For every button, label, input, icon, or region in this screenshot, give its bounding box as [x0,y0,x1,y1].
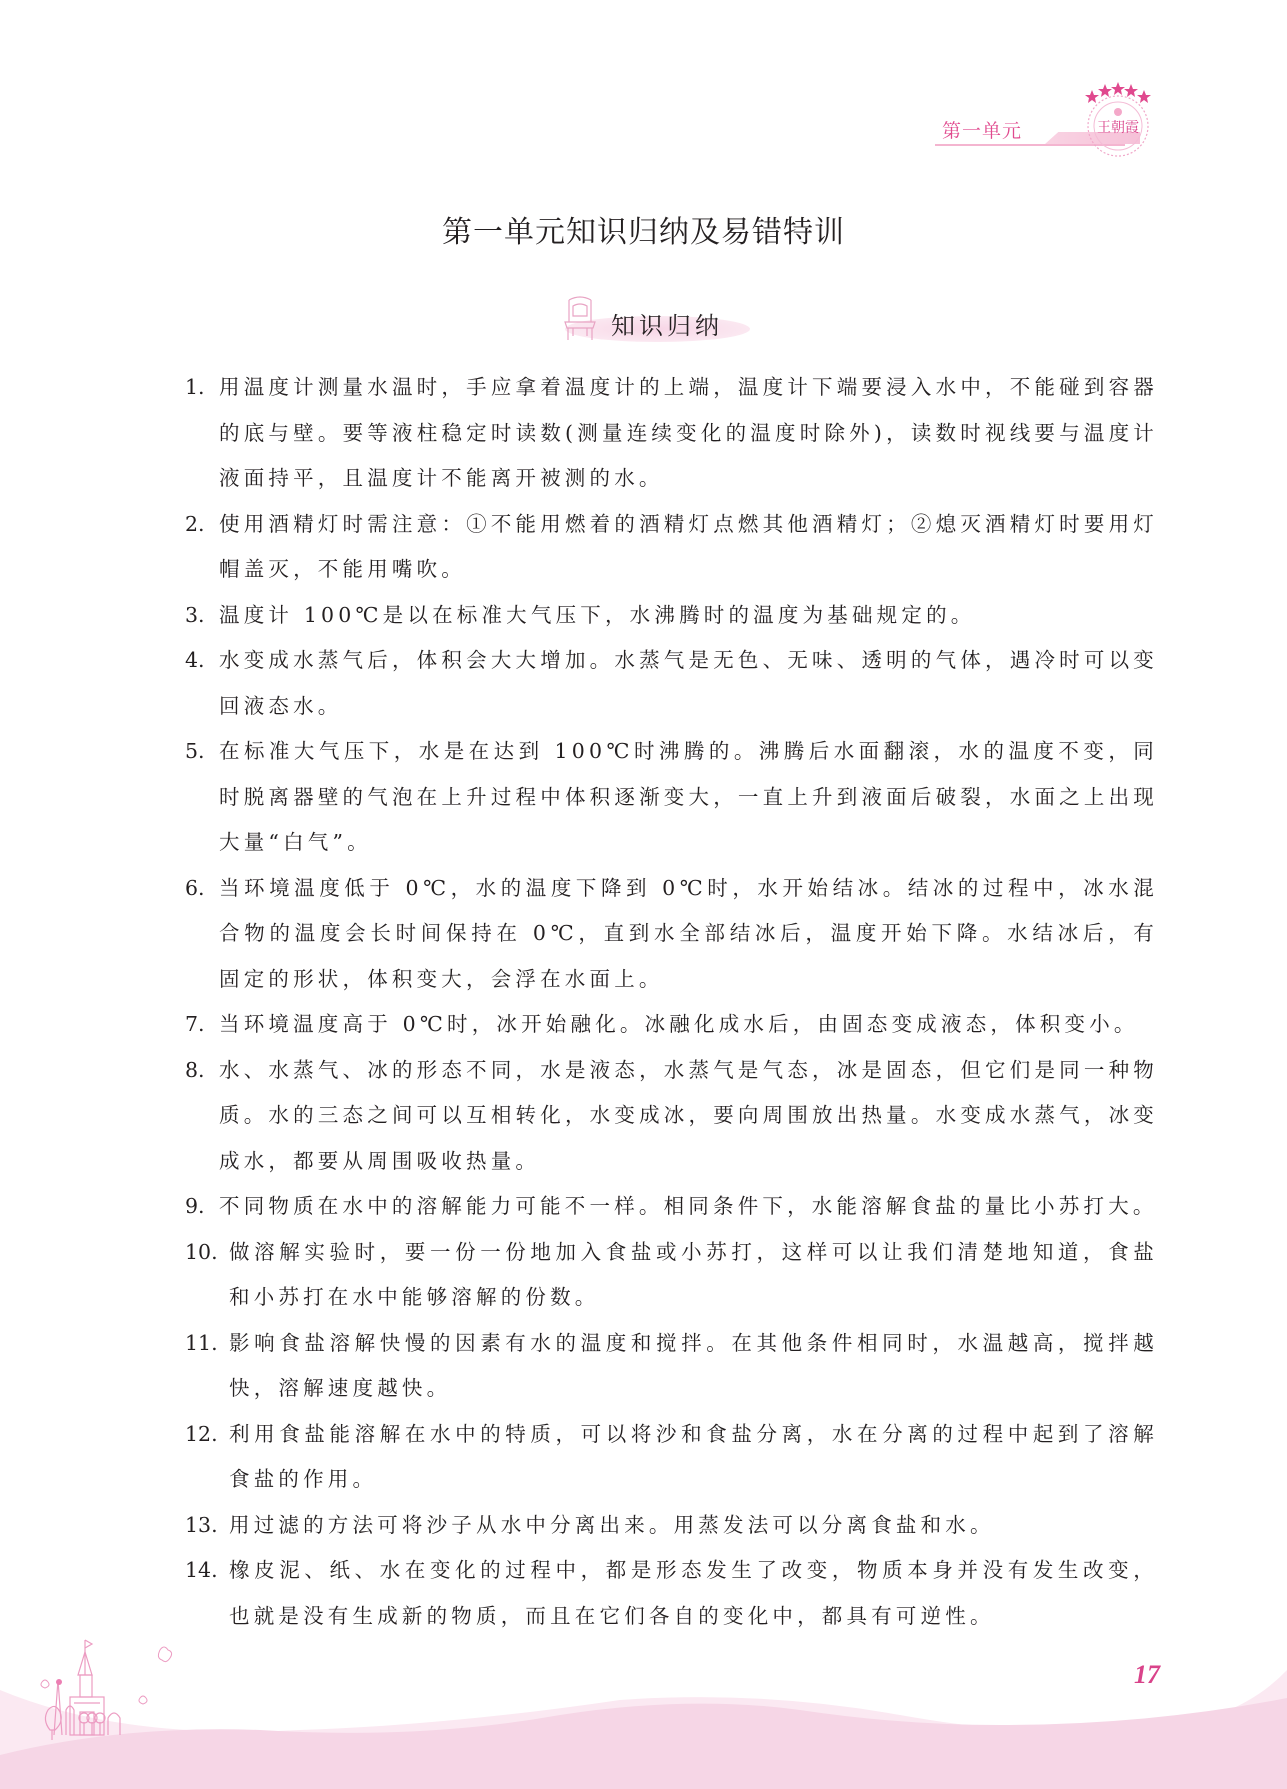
item-text: 在标准大气压下，水是在达到 100℃时沸腾的。沸腾后水面翻滚，水的温度不变，同时… [185,729,1158,866]
item-number: 4. [185,638,205,684]
knowledge-list: 1. 用温度计测量水温时，手应拿着温度计的上端，温度计下端要浸入水中，不能碰到容… [185,365,1158,1639]
list-item: 8. 水、水蒸气、冰的形态不同，水是液态，水蒸气是气态，冰是固态，但它们是同一种… [185,1048,1158,1185]
item-number: 14. [185,1548,218,1594]
item-text: 用温度计测量水温时，手应拿着温度计的上端，温度计下端要浸入水中，不能碰到容器的底… [185,365,1158,502]
list-item: 14. 橡皮泥、纸、水在变化的过程中，都是形态发生了改变，物质本身并没有发生改变… [185,1548,1158,1639]
list-item: 6. 当环境温度低于 0℃，水的温度下降到 0℃时，水开始结冰。结冰的过程中，冰… [185,866,1158,1003]
svg-text:王朝霞: 王朝霞 [1097,119,1139,136]
item-text: 做溶解实验时，要一份一份地加入食盐或小苏打，这样可以让我们清楚地知道，食盐和小苏… [185,1230,1158,1321]
list-item: 2. 使用酒精灯时需注意：①不能用燃着的酒精灯点燃其他酒精灯；②熄灭酒精灯时要用… [185,502,1158,593]
list-item: 4. 水变成水蒸气后，体积会大大增加。水蒸气是无色、无味、透明的气体，遇冷时可以… [185,638,1158,729]
item-text: 用过滤的方法可将沙子从水中分离出来。用蒸发法可以分离食盐和水。 [185,1503,1158,1549]
item-number: 13. [185,1503,218,1549]
page-number: 17 [1134,1660,1160,1690]
item-text: 水变成水蒸气后，体积会大大增加。水蒸气是无色、无味、透明的气体，遇冷时可以变回液… [185,638,1158,729]
item-text: 影响食盐溶解快慢的因素有水的温度和搅拌。在其他条件相同时，水温越高，搅拌越快，溶… [185,1321,1158,1412]
list-item: 13. 用过滤的方法可将沙子从水中分离出来。用蒸发法可以分离食盐和水。 [185,1503,1158,1549]
item-text: 温度计 100℃是以在标准大气压下，水沸腾时的温度为基础规定的。 [185,593,1158,639]
footer-wave-decoration [0,1630,1287,1789]
item-number: 12. [185,1412,218,1458]
item-text: 当环境温度低于 0℃，水的温度下降到 0℃时，水开始结冰。结冰的过程中，冰水混合… [185,866,1158,1003]
item-text: 使用酒精灯时需注意：①不能用燃着的酒精灯点燃其他酒精灯；②熄灭酒精灯时要用灯帽盖… [185,502,1158,593]
item-number: 11. [185,1321,218,1367]
list-item: 12. 利用食盐能溶解在水中的特质，可以将沙和食盐分离，水在分离的过程中起到了溶… [185,1412,1158,1503]
item-number: 9. [185,1184,205,1230]
list-item: 9. 不同物质在水中的溶解能力可能不一样。相同条件下，水能溶解食盐的量比小苏打大… [185,1184,1158,1230]
item-text: 利用食盐能溶解在水中的特质，可以将沙和食盐分离，水在分离的过程中起到了溶解食盐的… [185,1412,1158,1503]
item-number: 3. [185,593,205,639]
item-number: 6. [185,866,205,912]
unit-label: 第一单元 [942,116,1022,143]
item-number: 1. [185,365,205,411]
page-title: 第一单元知识归纳及易错特训 [0,207,1287,251]
item-text: 橡皮泥、纸、水在变化的过程中，都是形态发生了改变，物质本身并没有发生改变，也就是… [185,1548,1158,1639]
item-number: 5. [185,729,205,775]
chair-icon [559,292,603,342]
section-badge: 知识归纳 [555,292,755,348]
list-item: 7. 当环境温度高于 0℃时，冰开始融化。冰融化成水后，由固态变成液态，体积变小… [185,1002,1158,1048]
item-number: 10. [185,1230,218,1276]
item-number: 8. [185,1048,205,1094]
brand-logo-icon: 王朝霞 [1078,80,1158,160]
list-item: 11. 影响食盐溶解快慢的因素有水的温度和搅拌。在其他条件相同时，水温越高，搅拌… [185,1321,1158,1412]
item-text: 水、水蒸气、冰的形态不同，水是液态，水蒸气是气态，冰是固态，但它们是同一种物质。… [185,1048,1158,1185]
item-text: 当环境温度高于 0℃时，冰开始融化。冰融化成水后，由固态变成液态，体积变小。 [185,1002,1158,1048]
list-item: 3. 温度计 100℃是以在标准大气压下，水沸腾时的温度为基础规定的。 [185,593,1158,639]
item-number: 2. [185,502,205,548]
list-item: 10. 做溶解实验时，要一份一份地加入食盐或小苏打，这样可以让我们清楚地知道，食… [185,1230,1158,1321]
list-item: 1. 用温度计测量水温时，手应拿着温度计的上端，温度计下端要浸入水中，不能碰到容… [185,365,1158,502]
list-item: 5. 在标准大气压下，水是在达到 100℃时沸腾的。沸腾后水面翻滚，水的温度不变… [185,729,1158,866]
section-title: 知识归纳 [611,306,723,341]
item-number: 7. [185,1002,205,1048]
item-text: 不同物质在水中的溶解能力可能不一样。相同条件下，水能溶解食盐的量比小苏打大。 [185,1184,1158,1230]
